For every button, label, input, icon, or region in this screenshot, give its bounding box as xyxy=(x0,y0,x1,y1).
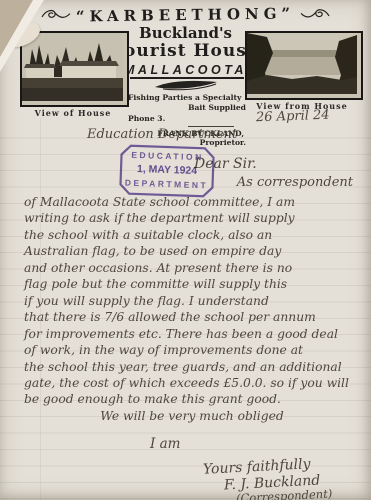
body-line: be good enough to make this grant good. xyxy=(24,391,360,407)
body-line: gate, the cost of which exceeds £5.0.0. … xyxy=(24,375,360,391)
tagline-bait: Bait Supplied xyxy=(128,103,246,112)
body-line: writing to ask if the department will su… xyxy=(24,210,360,226)
handwritten-date: 26 April 24 xyxy=(256,108,330,126)
body-line: the school this year, tree guards, and a… xyxy=(24,359,360,375)
body-line: of work, in the way of improvements done… xyxy=(24,342,360,358)
tagline-specialty: Fishing Parties a Specialty xyxy=(128,93,246,102)
addressee-line: Education Department xyxy=(87,127,237,142)
letter-body: of Mallacoota State school committee, I … xyxy=(24,194,360,424)
body-line: of Mallacoota State school committee, I … xyxy=(24,194,360,210)
establishment-type: Tourist House xyxy=(112,41,258,61)
body-line: flag pole but the committe will supply t… xyxy=(24,276,360,292)
opening-phrase: As correspondent xyxy=(237,175,353,190)
body-line: the school with a suitable clock, also a… xyxy=(24,227,360,243)
view-of-house-photo xyxy=(20,31,129,107)
obliged-line: We will be very much obliged xyxy=(24,408,360,424)
scanned-letter-page: “KARBEETHONG” Buckland's Tourist House M… xyxy=(0,0,371,500)
body-line: for improvements etc. There has been a g… xyxy=(24,326,360,342)
town-underline xyxy=(130,77,244,79)
body-line: if you will supply the flag. I understan… xyxy=(24,293,360,309)
body-line: that there is 7/6 allowed the school per… xyxy=(24,309,360,325)
flourish-icon xyxy=(300,6,330,19)
view-from-house-photo xyxy=(245,31,363,100)
phone-number: Phone 3. xyxy=(128,114,246,123)
establishment-title: “KARBEETHONG” xyxy=(76,4,295,25)
body-line: Australian flag, to be used on empire da… xyxy=(24,243,360,259)
closing-i-am: I am xyxy=(150,436,180,452)
education-department-stamp: EDUCATION 1, MAY 1924 DEPARTMENT xyxy=(118,143,216,198)
letter-paper: “KARBEETHONG” Buckland's Tourist House M… xyxy=(0,0,371,500)
body-line: and other occasions. At present there is… xyxy=(24,260,360,276)
photo-caption-left: View of House xyxy=(18,108,128,118)
